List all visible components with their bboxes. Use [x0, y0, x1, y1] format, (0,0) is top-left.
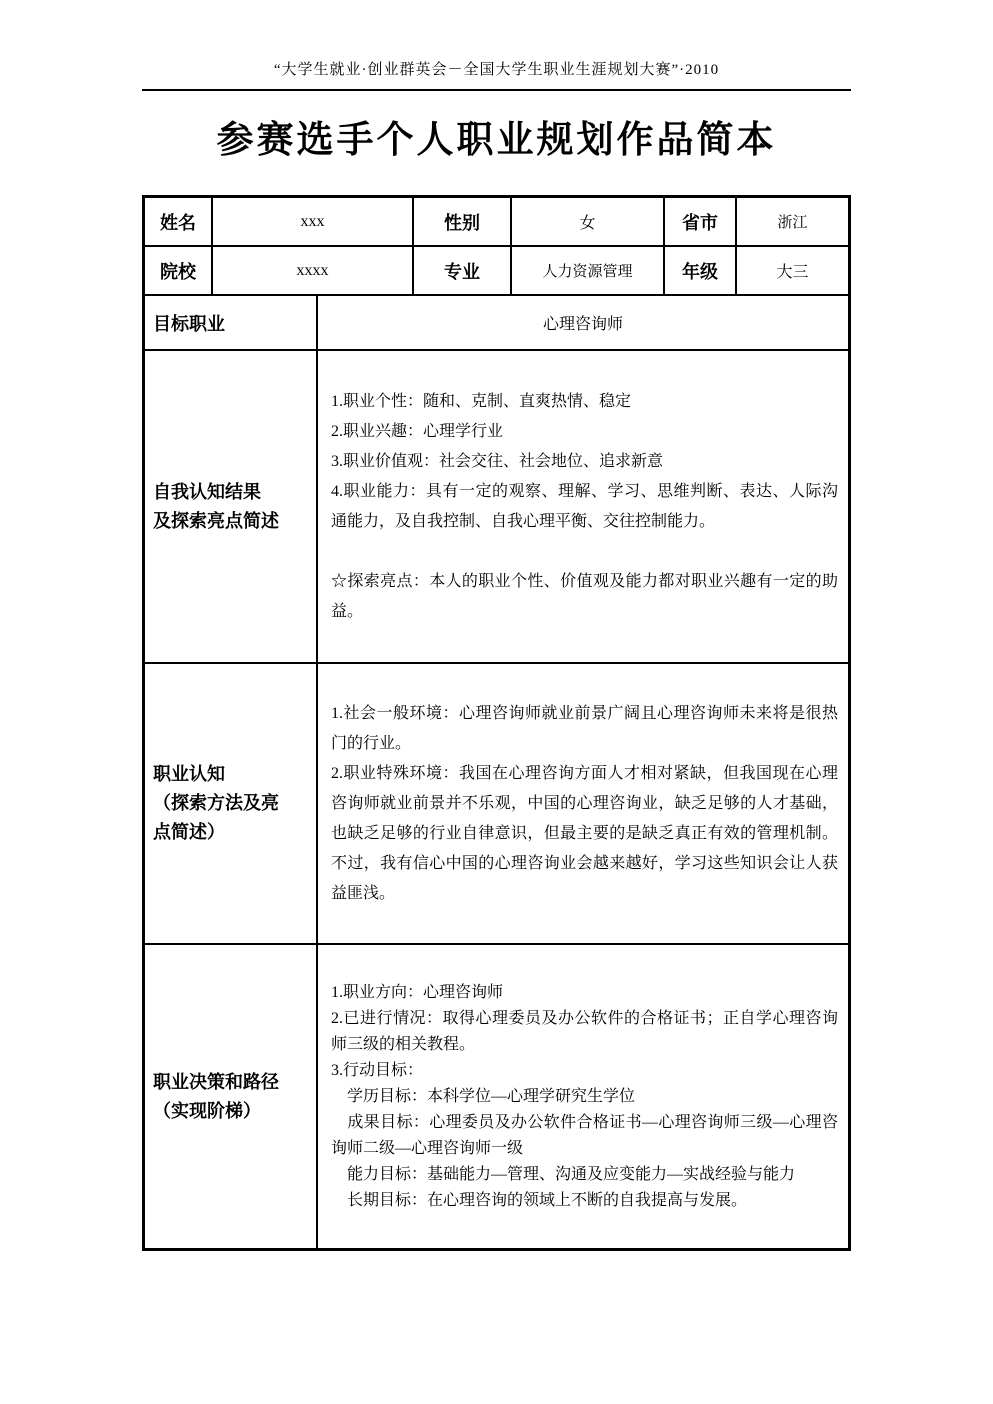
name-label: 姓名 [145, 198, 213, 247]
career-cognition-label: 职业认知 （探索方法及亮 点简述） [145, 664, 318, 945]
content-paragraph: 1.社会一般环境：心理咨询师就业前景广阔且心理咨询师未来将是很热门的行业。 [331, 699, 838, 759]
major-label: 专业 [414, 247, 512, 296]
content-paragraph: 2.职业兴趣：心理学行业 [331, 417, 838, 447]
gender-value: 女 [512, 198, 665, 247]
goal-paragraph: 学历目标：本科学位—心理学研究生学位 [331, 1084, 838, 1110]
content-paragraph: 2.职业特殊环境：我国在心理咨询方面人才相对紧缺，但我国现在心理咨询师就业前景并… [331, 759, 838, 909]
form-table: 姓名 xxx 性别 女 省市 浙江 院校 xxxx 专业 人力资源管理 年级 大… [142, 195, 851, 1251]
province-value: 浙江 [737, 198, 848, 247]
document-page: “大学生就业·创业群英会－全国大学生职业生涯规划大赛”·2010 参赛选手个人职… [0, 0, 993, 1404]
content-paragraph: 3.行动目标： [331, 1058, 838, 1084]
competition-header: “大学生就业·创业群英会－全国大学生职业生涯规划大赛”·2010 [0, 0, 993, 79]
content-paragraph: 3.职业价值观：社会交往、社会地位、追求新意 [331, 447, 838, 477]
province-label: 省市 [665, 198, 737, 247]
school-label: 院校 [145, 247, 213, 296]
goal-paragraph: 能力目标：基础能力—管理、沟通及应变能力—实战经验与能力 [331, 1162, 838, 1188]
major-value: 人力资源管理 [512, 247, 665, 296]
school-value: xxxx [213, 247, 414, 296]
gender-label: 性别 [414, 198, 512, 247]
planning-sections-grid: 目标职业 心理咨询师 自我认知结果 及探索亮点简述 1.职业个性：随和、克制、直… [145, 296, 848, 1248]
page-title: 参赛选手个人职业规划作品简本 [0, 113, 993, 167]
target-job-label: 目标职业 [145, 296, 318, 351]
grade-value: 大三 [737, 247, 848, 296]
self-cognition-label: 自我认知结果 及探索亮点简述 [145, 351, 318, 664]
career-decision-content: 1.职业方向：心理咨询师 2.已进行情况：取得心理委员及办公软件的合格证书；正自… [318, 945, 848, 1248]
header-divider [142, 89, 851, 91]
goal-paragraph: 成果目标：心理委员及办公软件合格证书—心理咨询师三级—心理咨询师二级—心理咨询师… [331, 1110, 838, 1162]
grade-label: 年级 [665, 247, 737, 296]
self-cognition-content: 1.职业个性：随和、克制、直爽热情、稳定 2.职业兴趣：心理学行业 3.职业价值… [318, 351, 848, 664]
personal-info-grid: 姓名 xxx 性别 女 省市 浙江 院校 xxxx 专业 人力资源管理 年级 大… [145, 198, 848, 296]
highlight-paragraph: ☆探索亮点：本人的职业个性、价值观及能力都对职业兴趣有一定的助益。 [331, 567, 838, 627]
content-paragraph: 1.职业方向：心理咨询师 [331, 980, 838, 1006]
career-decision-label: 职业决策和路径 （实现阶梯） [145, 945, 318, 1248]
goal-paragraph: 长期目标：在心理咨询的领域上不断的自我提高与发展。 [331, 1188, 838, 1214]
content-paragraph: 1.职业个性：随和、克制、直爽热情、稳定 [331, 387, 838, 417]
content-paragraph: 4.职业能力：具有一定的观察、理解、学习、思维判断、表达、人际沟通能力，及自我控… [331, 477, 838, 537]
career-cognition-content: 1.社会一般环境：心理咨询师就业前景广阔且心理咨询师未来将是很热门的行业。 2.… [318, 664, 848, 945]
content-paragraph: 2.已进行情况：取得心理委员及办公软件的合格证书；正自学心理咨询师三级的相关教程… [331, 1006, 838, 1058]
name-value: xxx [213, 198, 414, 247]
target-job-value: 心理咨询师 [318, 296, 848, 351]
